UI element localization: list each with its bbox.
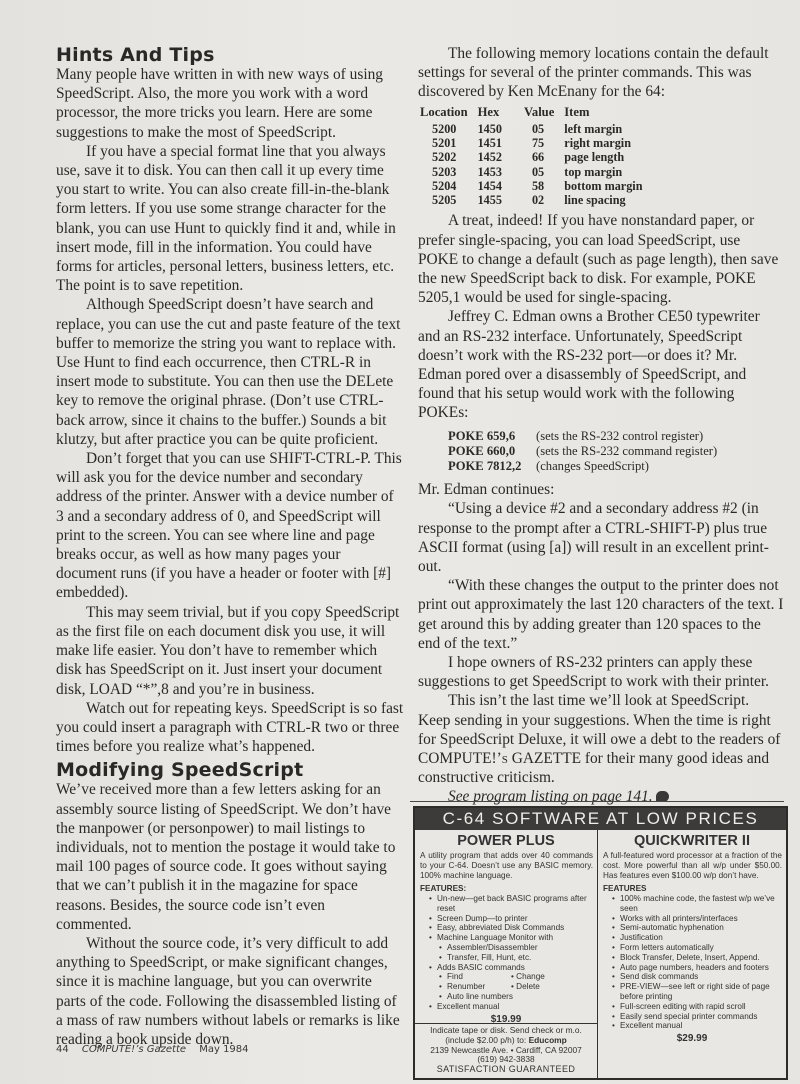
quote-paragraph: “With these changes the output to the pr… xyxy=(418,576,784,653)
feature-list: Un-new—get back BASIC programs after res… xyxy=(415,894,597,1012)
poke-note: (changes SpeedScript) xyxy=(536,459,649,473)
product-title: QUICKWRITER II xyxy=(598,833,786,850)
product-description: A full-featured word processor at a frac… xyxy=(598,850,786,881)
paragraph: Without the source code, it’s very diffi… xyxy=(56,934,404,1049)
cell-item: left margin xyxy=(564,122,652,136)
cell-hex: 1455 xyxy=(478,193,524,207)
page-footer: 44 COMPUTE!’s Gazette May 1984 xyxy=(56,1044,259,1055)
cell-location: 5202 xyxy=(420,150,478,164)
paragraph: Many people have written in with new way… xyxy=(56,65,404,142)
feature-item: Excellent manual xyxy=(612,1021,783,1031)
cell-item: bottom margin xyxy=(564,179,652,193)
feature-subitem: Assembler/Disassembler xyxy=(429,943,594,953)
table-row: 5203 1453 05 top margin xyxy=(420,165,652,179)
feature-list: 100% machine code, the fastest w/p we’ve… xyxy=(598,894,786,1031)
feature-item: Easy, abbreviated Disk Commands xyxy=(429,923,594,933)
basic-command: Renumber xyxy=(447,982,511,992)
table-row: 5201 1451 75 right margin xyxy=(420,136,652,150)
listing-reference-text: See program listing on page 141. xyxy=(448,788,653,805)
cell-hex: 1451 xyxy=(478,136,524,150)
cell-value: 05 xyxy=(524,122,564,136)
poke-line: POKE 659,6(sets the RS-232 control regis… xyxy=(448,429,784,444)
ad-headline: C-64 SOFTWARE AT LOW PRICES xyxy=(415,808,786,830)
feature-item: Works with all printers/interfaces xyxy=(612,914,783,924)
feature-item: Send disk commands xyxy=(612,972,783,982)
cell-location: 5204 xyxy=(420,179,478,193)
poke-line: POKE 660,0(sets the RS-232 command regis… xyxy=(448,444,784,459)
cell-value: 58 xyxy=(524,179,564,193)
cell-value: 02 xyxy=(524,193,564,207)
quote-paragraph: “Using a device #2 and a secondary addre… xyxy=(418,499,784,576)
poke-note: (sets the RS-232 control register) xyxy=(536,429,703,443)
feature-item: Semi-automatic hyphenation xyxy=(612,923,783,933)
ad-columns: POWER PLUS A utility program that adds o… xyxy=(415,830,786,1078)
table-row: 5202 1452 66 page length xyxy=(420,150,652,164)
paragraph: Watch out for repeating keys. SpeedScrip… xyxy=(56,699,404,757)
poke-line: POKE 7812,2(changes SpeedScript) xyxy=(448,459,784,474)
paragraph: If you have a special format line that y… xyxy=(56,142,404,296)
poke-list: POKE 659,6(sets the RS-232 control regis… xyxy=(448,429,784,475)
cell-location: 5201 xyxy=(420,136,478,150)
product-title: POWER PLUS xyxy=(415,833,597,850)
page-number: 44 xyxy=(56,1044,69,1055)
cell-value: 66 xyxy=(524,150,564,164)
poke-command: POKE 7812,2 xyxy=(448,459,536,474)
feature-item: Screen Dump—to printer xyxy=(429,914,594,924)
paragraph: Mr. Edman continues: xyxy=(418,480,784,499)
paragraph: I hope owners of RS-232 printers can app… xyxy=(418,653,784,691)
paragraph: This may seem trivial, but if you copy S… xyxy=(56,603,404,699)
feature-item: Machine Language Monitor with xyxy=(429,933,594,943)
column-header: Item xyxy=(564,105,652,122)
column-header: Location xyxy=(420,105,478,122)
poke-command: POKE 659,6 xyxy=(448,429,536,444)
feature-item: Block Transfer, Delete, Insert, Append. xyxy=(612,953,783,963)
feature-item: Easily send special printer commands xyxy=(612,1012,783,1022)
magazine-name: COMPUTE!’s GAZETTE xyxy=(418,750,581,767)
cell-location: 5203 xyxy=(420,165,478,179)
poke-command: POKE 660,0 xyxy=(448,444,536,459)
paragraph: Although SpeedScript doesn’t have search… xyxy=(56,295,404,449)
cell-item: top margin xyxy=(564,165,652,179)
paragraph: Don’t forget that you can use SHIFT-CTRL… xyxy=(56,449,404,603)
features-label: FEATURES xyxy=(598,884,786,894)
order-info: Indicate tape or disk. Send check or m.o… xyxy=(415,1023,597,1078)
heading-modifying-speedscript: Modifying SpeedScript xyxy=(56,759,404,781)
feature-item: Un-new—get back BASIC programs after res… xyxy=(429,894,594,914)
feature-item: Justification xyxy=(612,933,783,943)
feature-subitem: Find• Change xyxy=(429,972,594,982)
feature-item: Auto page numbers, headers and footers xyxy=(612,963,783,973)
paragraph: We’ve received more than a few letters a… xyxy=(56,780,404,934)
table-row: 5200 1450 05 left margin xyxy=(420,122,652,136)
memory-locations-table: Location Hex Value Item 5200 1450 05 lef… xyxy=(420,105,652,208)
paragraph: A treat, indeed! If you have nonstandard… xyxy=(418,211,784,307)
paragraph-intro: The following memory locations contain t… xyxy=(418,44,784,102)
feature-item: Excellent manual xyxy=(429,1002,594,1012)
order-guarantee: SATISFACTION GUARANTEED xyxy=(417,1065,595,1075)
magazine-page: Hints And Tips Many people have written … xyxy=(0,0,800,1084)
cell-value: 05 xyxy=(524,165,564,179)
cell-hex: 1454 xyxy=(478,179,524,193)
ad-power-plus: POWER PLUS A utility program that adds o… xyxy=(415,830,598,1078)
feature-item: Adds BASIC commands xyxy=(429,963,594,973)
magazine-title: COMPUTE!’s Gazette xyxy=(82,1044,186,1055)
feature-item: Form letters automatically xyxy=(612,943,783,953)
product-description: A utility program that adds over 40 comm… xyxy=(415,850,597,881)
left-column: Hints And Tips Many people have written … xyxy=(56,44,404,1049)
table-row: 5205 1455 02 line spacing xyxy=(420,193,652,207)
price: $29.99 xyxy=(598,1033,786,1045)
issue-date: May 1984 xyxy=(199,1044,248,1055)
cell-location: 5200 xyxy=(420,122,478,136)
cell-item: right margin xyxy=(564,136,652,150)
basic-command: Find xyxy=(447,972,511,982)
company-name: Educomp xyxy=(529,1035,567,1045)
feature-item: Full-screen editing with rapid scroll xyxy=(612,1002,783,1012)
basic-command: Delete xyxy=(516,982,540,991)
feature-item: 100% machine code, the fastest w/p we’ve… xyxy=(612,894,783,914)
paragraph-closing: This isn’t the last time we’ll look at S… xyxy=(418,691,784,787)
advertisement: C-64 SOFTWARE AT LOW PRICES POWER PLUS A… xyxy=(413,806,788,1080)
cell-item: page length xyxy=(564,150,652,164)
cell-value: 75 xyxy=(524,136,564,150)
paragraph: Jeffrey C. Edman owns a Brother CE50 typ… xyxy=(418,307,784,422)
feature-item: PRE-VIEW—see left or right side of page … xyxy=(612,982,783,1002)
cell-location: 5205 xyxy=(420,193,478,207)
heading-hints-and-tips: Hints And Tips xyxy=(56,44,404,66)
ad-quickwriter: QUICKWRITER II A full-featured word proc… xyxy=(598,830,786,1078)
feature-subitem: Transfer, Fill, Hunt, etc. xyxy=(429,953,594,963)
basic-command: Change xyxy=(516,972,545,981)
right-column: The following memory locations contain t… xyxy=(418,44,784,807)
feature-subitem: Renumber• Delete xyxy=(429,982,594,992)
features-label: FEATURES: xyxy=(415,884,597,894)
order-text: (include $2.00 p/h) to: xyxy=(445,1035,528,1045)
cell-hex: 1452 xyxy=(478,150,524,164)
cell-hex: 1450 xyxy=(478,122,524,136)
cell-item: line spacing xyxy=(564,193,652,207)
listing-reference: See program listing on page 141. xyxy=(418,787,784,806)
feature-subitem: Auto line numbers xyxy=(429,992,594,1002)
cell-hex: 1453 xyxy=(478,165,524,179)
column-header: Value xyxy=(524,105,564,122)
poke-note: (sets the RS-232 command register) xyxy=(536,444,717,458)
table-header-row: Location Hex Value Item xyxy=(420,105,652,122)
column-header: Hex xyxy=(478,105,524,122)
divider-rule xyxy=(410,801,784,802)
table-row: 5204 1454 58 bottom margin xyxy=(420,179,652,193)
text-run: This isn’t the last time we’ll look at S… xyxy=(418,692,780,747)
